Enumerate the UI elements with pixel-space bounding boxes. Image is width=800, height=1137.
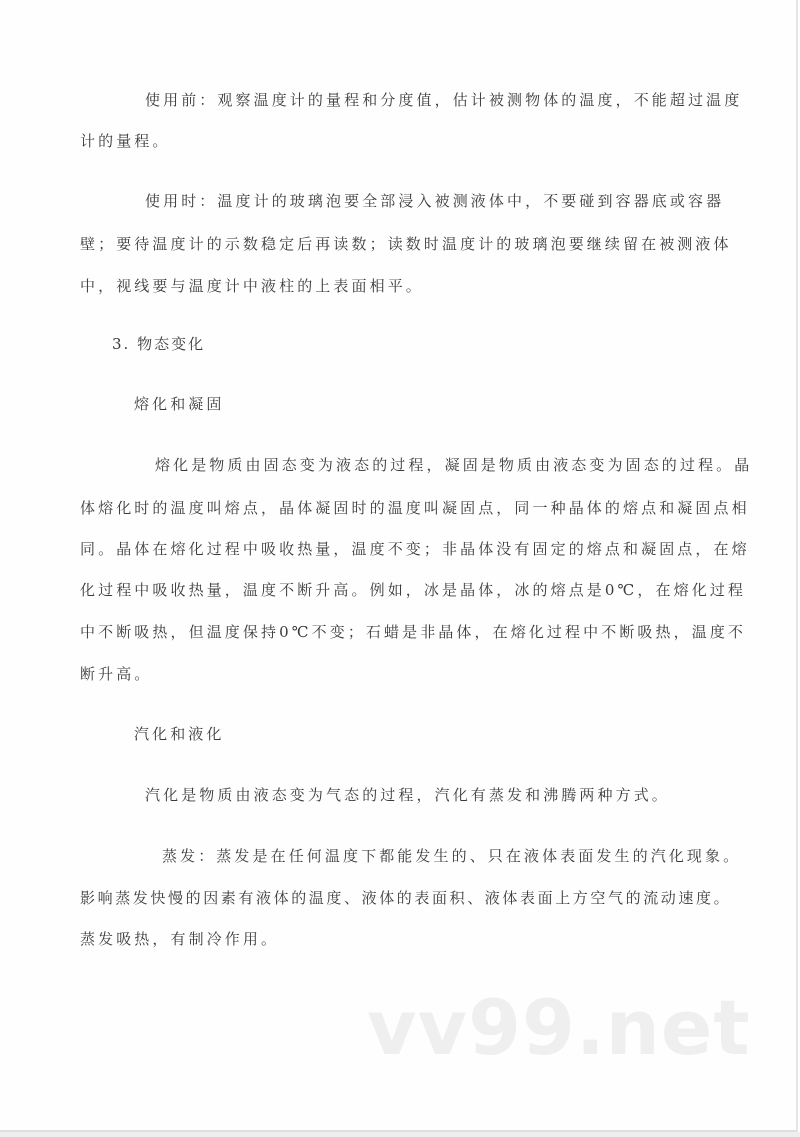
paragraph-melting-line-6: 断升高。 [80,664,152,684]
paragraph-during-use-line-2: 壁；要待温度计的示数稳定后再读数；读数时温度计的玻璃泡要继续留在被测液体 [80,234,732,254]
section-heading-state-change: 3. 物态变化 [112,334,205,354]
paragraph-melting-line-1: 熔化是物质由固态变为液态的过程，凝固是物质由液态变为固态的过程。晶 [155,455,752,475]
paragraph-evaporation-line-2: 影响蒸发快慢的因素有液体的温度、液体的表面积、液体表面上方空气的流动速度。 [80,888,731,908]
paragraph-evaporation-line-1: 蒸发：蒸发是在任何温度下都能发生的、只在液体表面发生的汽化现象。 [162,846,741,866]
paragraph-during-use-line-1: 使用时：温度计的玻璃泡要全部浸入被测液体中，不要碰到容器底或容器 [145,191,724,211]
paragraph-melting-line-5: 中不断吸热，但温度保持0℃不变；石蜡是非晶体，在熔化过程中不断吸热，温度不 [80,622,746,642]
watermark: vv99.net [367,988,751,1068]
paragraph-vaporization: 汽化是物质由液态变为气态的过程，汽化有蒸发和沸腾两种方式。 [145,785,670,805]
paragraph-melting-line-3: 同。晶体在熔化过程中吸收热量，温度不变；非晶体没有固定的熔点和凝固点，在熔 [80,539,750,559]
paragraph-before-use-line-2: 计的量程。 [80,131,171,151]
page-bottom-edge [0,1132,800,1137]
paragraph-melting-line-2: 体熔化时的温度叫熔点，晶体凝固时的温度叫凝固点，同一种晶体的熔点和凝固点相 [80,498,750,518]
subheading-melting-solidification: 熔化和凝固 [134,394,225,414]
subheading-vaporization-liquefaction: 汽化和液化 [134,724,225,744]
document-page: 使用前：观察温度计的量程和分度值，估计被测物体的温度，不能超过温度 计的量程。 … [0,0,798,1132]
paragraph-evaporation-line-3: 蒸发吸热，有制冷作用。 [80,929,279,949]
paragraph-during-use-line-3: 中，视线要与温度计中液柱的上表面相平。 [80,276,424,296]
paragraph-melting-line-4: 化过程中吸收热量，温度不断升高。例如，冰是晶体，冰的熔点是0℃，在熔化过程 [80,580,746,600]
paragraph-before-use-line-1: 使用前：观察温度计的量程和分度值，估计被测物体的温度，不能超过温度 [145,90,742,110]
